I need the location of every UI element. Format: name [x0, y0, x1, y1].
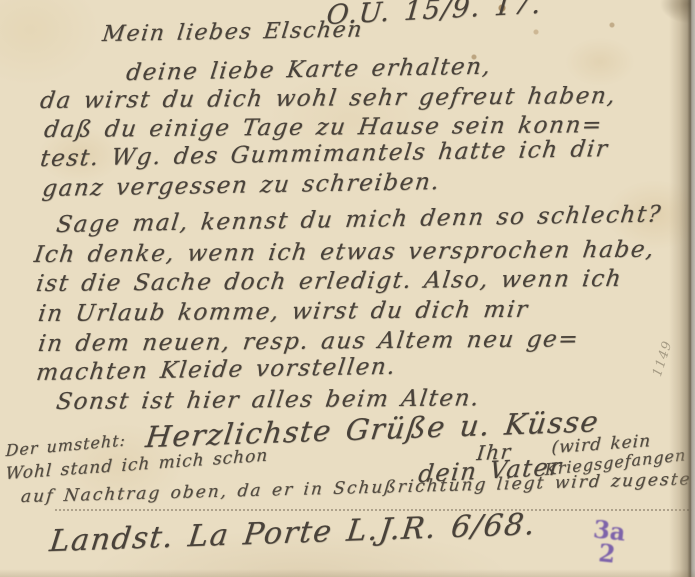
sender-unit-line: Landst. La Porte L.J.R. 6/68.	[48, 507, 539, 559]
margin-note: Der umsteht:	[5, 430, 126, 460]
body-line: deine liebe Karte erhalten,	[125, 54, 493, 86]
body-line: ganz vergessen zu schreiben.	[41, 169, 442, 202]
paper-right-edge-shadow	[669, 0, 695, 577]
salutation-line: Mein liebes Elschen	[101, 17, 365, 47]
body-line: Ich denke, wenn ich etwas versprochen ha…	[33, 237, 657, 268]
paper-bottom-edge-shadow	[0, 569, 695, 577]
body-line: in Urlaub komme, wirst du dich mir	[37, 297, 531, 327]
body-line: in dem neuen, resp. aus Altem neu ge=	[37, 326, 581, 357]
purple-pencil-mark: 3a 2	[590, 518, 627, 567]
body-line: machten Kleide vorstellen.	[35, 354, 398, 386]
postcard-photo: O.U. 15/9. 17. Mein liebes Elschen deine…	[0, 0, 695, 577]
body-line: ist die Sache doch erledigt. Also, wenn …	[35, 266, 624, 297]
body-line: Sage mal, kennst du mich denn so schlech…	[55, 201, 663, 238]
purple-pencil-mark-bottom: 2	[597, 542, 616, 566]
body-line: da wirst du dich wohl sehr gefreut haben…	[39, 83, 618, 114]
perforation-dotted-line	[55, 509, 693, 511]
